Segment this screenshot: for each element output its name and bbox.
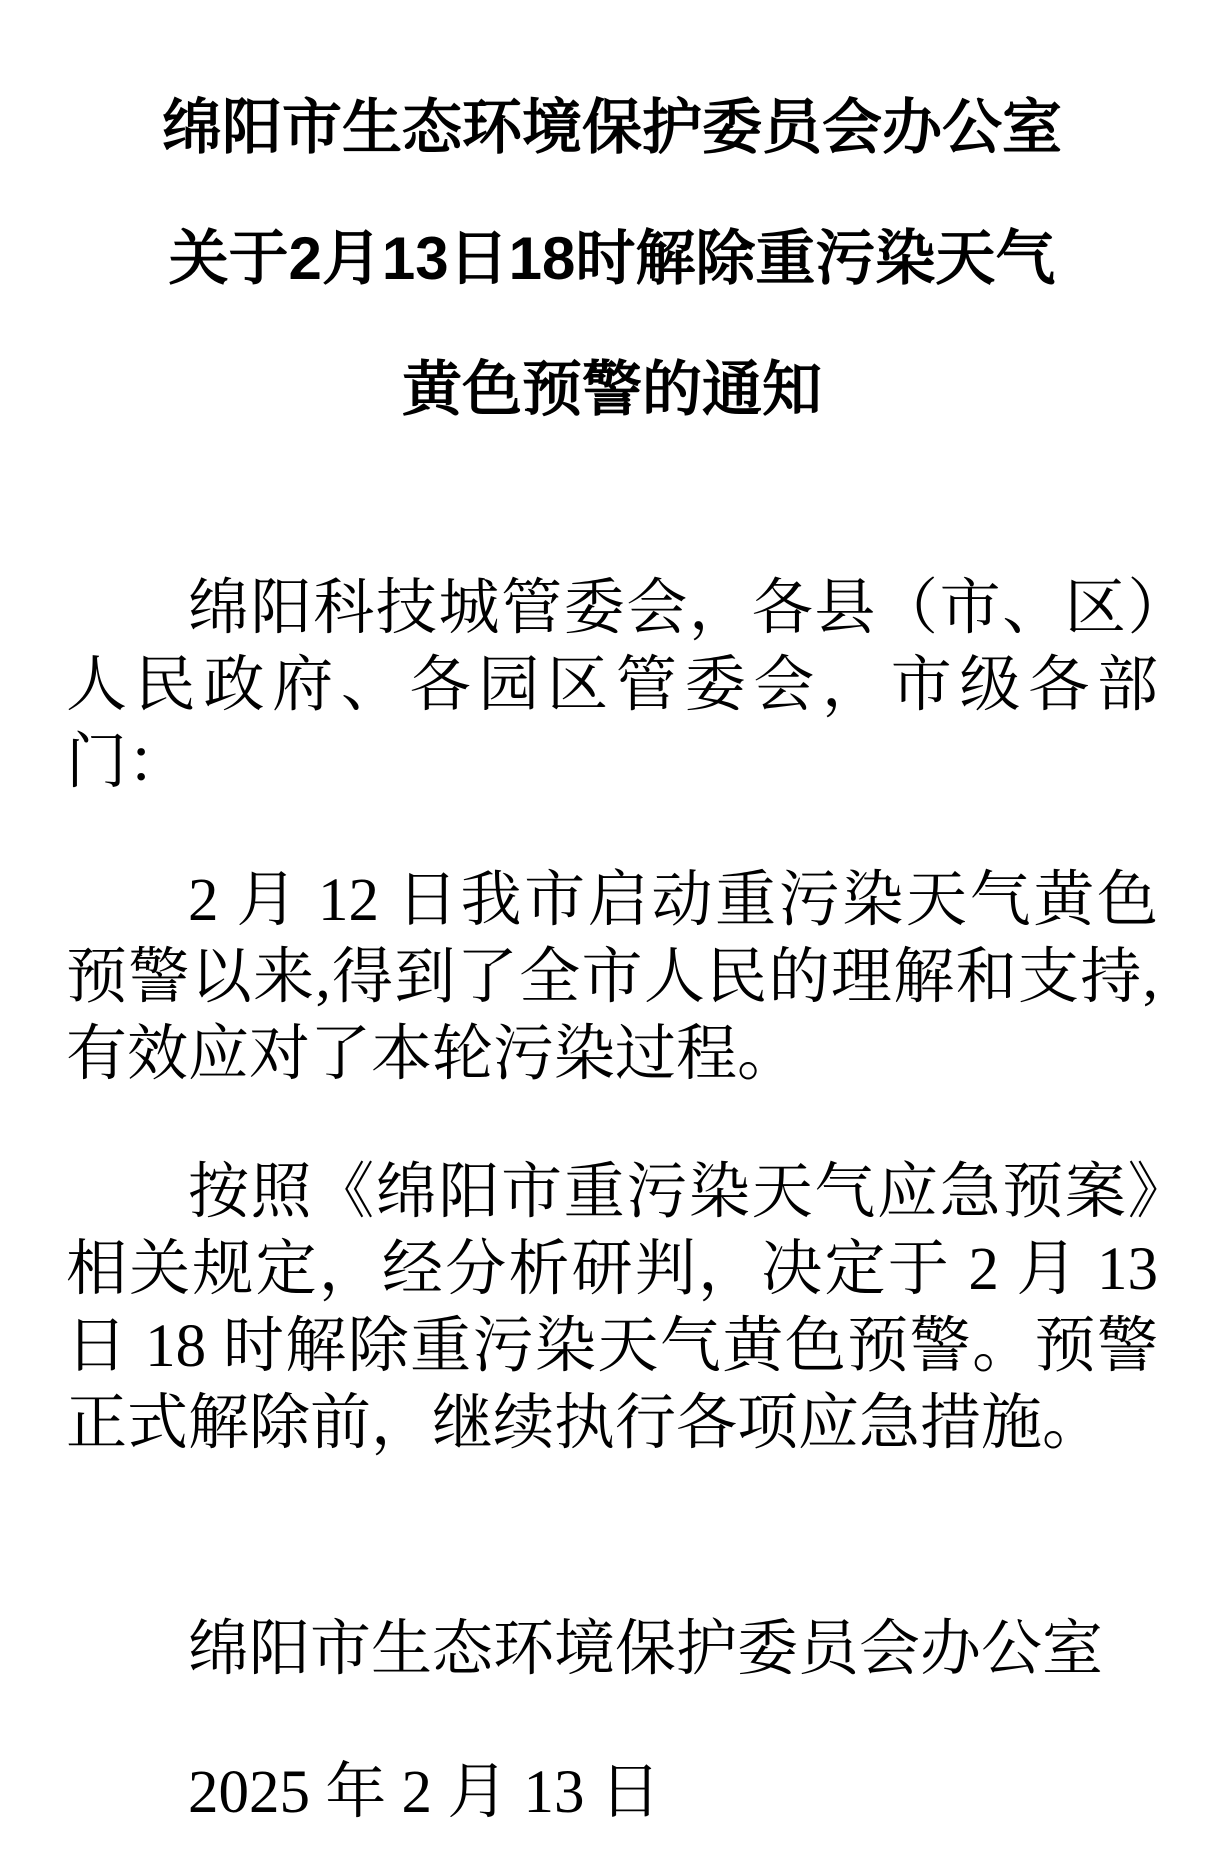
notice-document: 绵阳市生态环境保护委员会办公室 关于2月13日18时解除重污染天气 黄色预警的通… bbox=[0, 0, 1224, 1871]
paragraph-launch-warning: 2 月 12 日我市启动重污染天气黄色预警以来,得到了全市人民的理解和支持,有效… bbox=[66, 862, 1158, 1093]
title-line-1: 绵阳市生态环境保护委员会办公室 bbox=[66, 88, 1158, 168]
title-line-2: 关于2月13日18时解除重污染天气 bbox=[66, 219, 1158, 299]
notice-body: 绵阳科技城管委会，各县（市、区）人民政府、各园区管委会，市级各部门： 2 月 1… bbox=[66, 570, 1158, 1831]
paragraph-lift-warning: 按照《绵阳市重污染天气应急预案》相关规定，经分析研判，决定于 2 月 13 日 … bbox=[66, 1154, 1158, 1462]
title-line-3: 黄色预警的通知 bbox=[66, 350, 1158, 430]
salutation: 绵阳科技城管委会，各县（市、区）人民政府、各园区管委会，市级各部门： bbox=[66, 570, 1158, 801]
signature-date: 2025 年 2 月 13 日 bbox=[66, 1754, 1158, 1831]
notice-title-block: 绵阳市生态环境保护委员会办公室 关于2月13日18时解除重污染天气 黄色预警的通… bbox=[66, 88, 1158, 430]
signature-org: 绵阳市生态环境保护委员会办公室 bbox=[66, 1611, 1158, 1688]
